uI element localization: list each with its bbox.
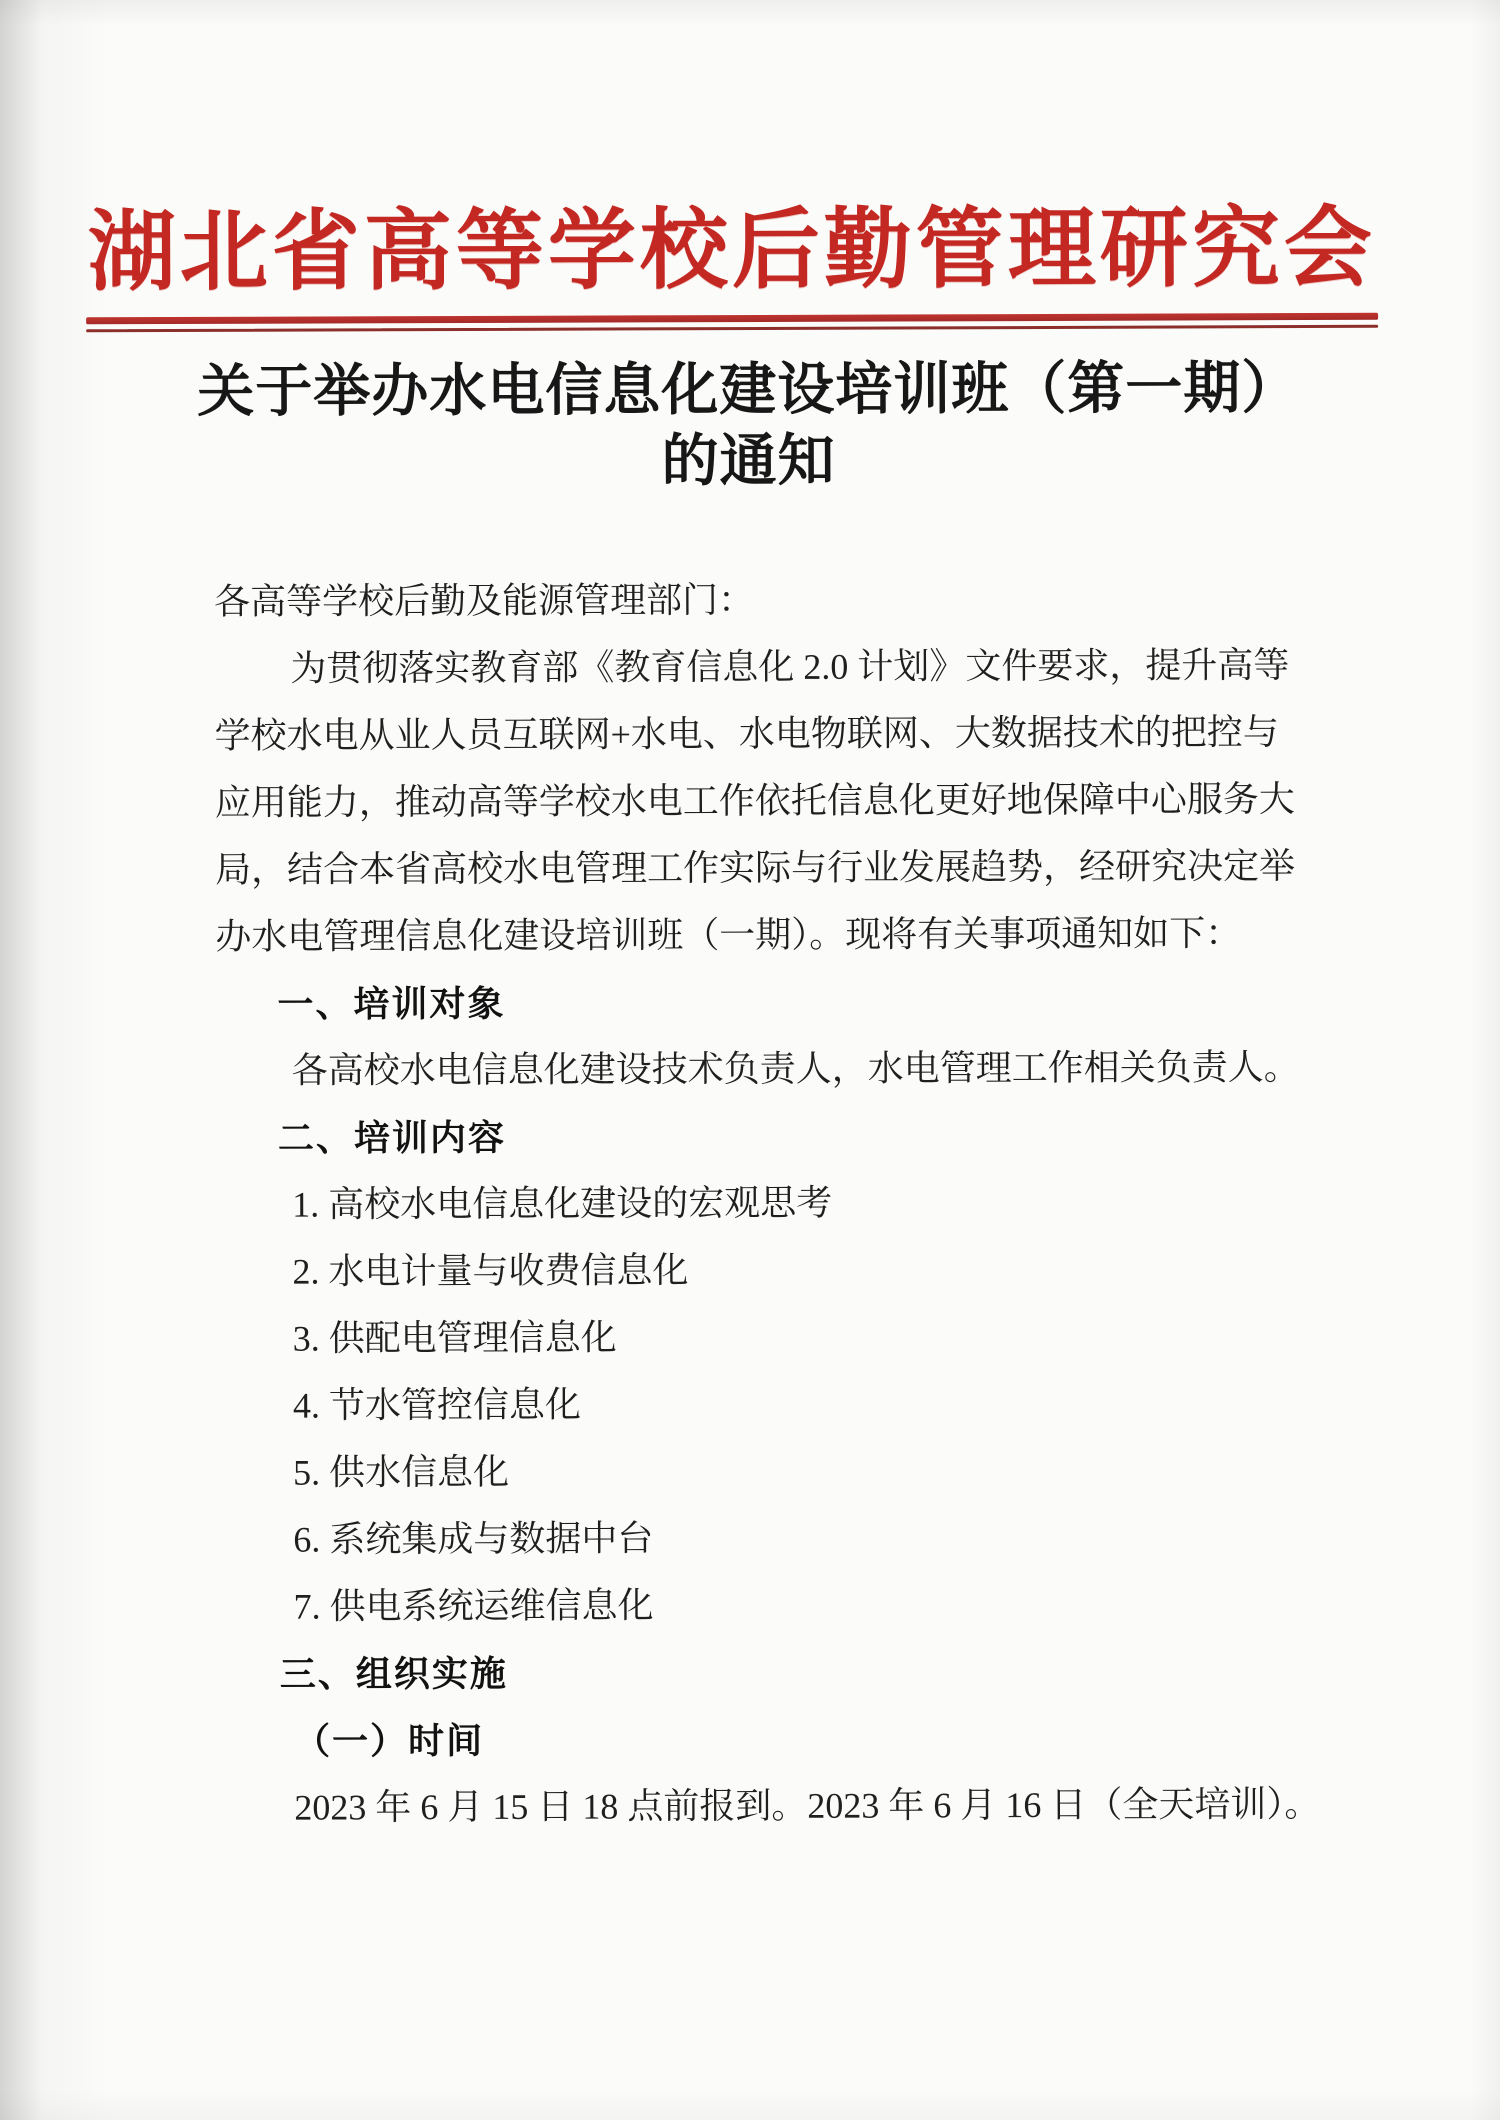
document-title-line1: 关于举办水电信息化建设培训班（第一期） — [0, 352, 1498, 428]
subsection-heading-time: （一）时间 — [218, 1703, 1343, 1774]
notice-document: 湖北省高等学校后勤管理研究会 关于举办水电信息化建设培训班（第一期） 的通知 各… — [0, 0, 1500, 2120]
list-item: 2. 水电计量与收费信息化 — [216, 1234, 1341, 1305]
list-item: 1. 高校水电信息化建设的宏观思考 — [216, 1167, 1341, 1238]
letterhead-rule-thin — [86, 324, 1378, 332]
document-title-line2: 的通知 — [0, 423, 1499, 499]
list-item: 3. 供配电管理信息化 — [217, 1301, 1342, 1372]
letterhead-rule-thick — [86, 312, 1378, 324]
document-body: 各高等学校后勤及能源管理部门： 为贯彻落实教育部《教育信息化 2.0 计划》文件… — [214, 564, 1343, 1841]
date-line: 2023 年 6 月 15 日 18 点前报到。2023 年 6 月 16 日（… — [218, 1770, 1343, 1841]
section-heading-organization: 三、组织实施 — [218, 1636, 1343, 1707]
list-item: 6. 系统集成与数据中台 — [217, 1502, 1342, 1573]
paragraph-line: 各高校水电信息化建设技术负责人，水电管理工作相关负责人。 — [216, 1033, 1341, 1104]
salutation-line: 各高等学校后勤及能源管理部门： — [214, 564, 1339, 635]
document-title: 关于举办水电信息化建设培训班（第一期） 的通知 — [0, 352, 1499, 499]
paragraph-line: 局，结合本省高校水电管理工作实际与行业发展趋势，经研究决定举 — [215, 832, 1340, 903]
section-heading-training-content: 二、培训内容 — [216, 1100, 1341, 1171]
paragraph-line: 办水电管理信息化建设培训班（一期）。现将有关事项通知如下： — [215, 899, 1340, 970]
list-item: 5. 供水信息化 — [217, 1435, 1342, 1506]
paragraph-line: 为贯彻落实教育部《教育信息化 2.0 计划》文件要求，提升高等 — [214, 631, 1339, 702]
document-content: 湖北省高等学校后勤管理研究会 关于举办水电信息化建设培训班（第一期） 的通知 各… — [0, 200, 1500, 1842]
letterhead: 湖北省高等学校后勤管理研究会 — [86, 201, 1378, 332]
list-item: 7. 供电系统运维信息化 — [217, 1569, 1342, 1640]
organization-title: 湖北省高等学校后勤管理研究会 — [86, 201, 1378, 304]
paragraph-line: 学校水电从业人员互联网+水电、水电物联网、大数据技术的把控与 — [214, 698, 1339, 769]
paragraph-line: 应用能力，推动高等学校水电工作依托信息化更好地保障中心服务大 — [215, 765, 1340, 836]
section-heading-training-target: 一、培训对象 — [215, 966, 1340, 1037]
list-item: 4. 节水管控信息化 — [217, 1368, 1342, 1439]
